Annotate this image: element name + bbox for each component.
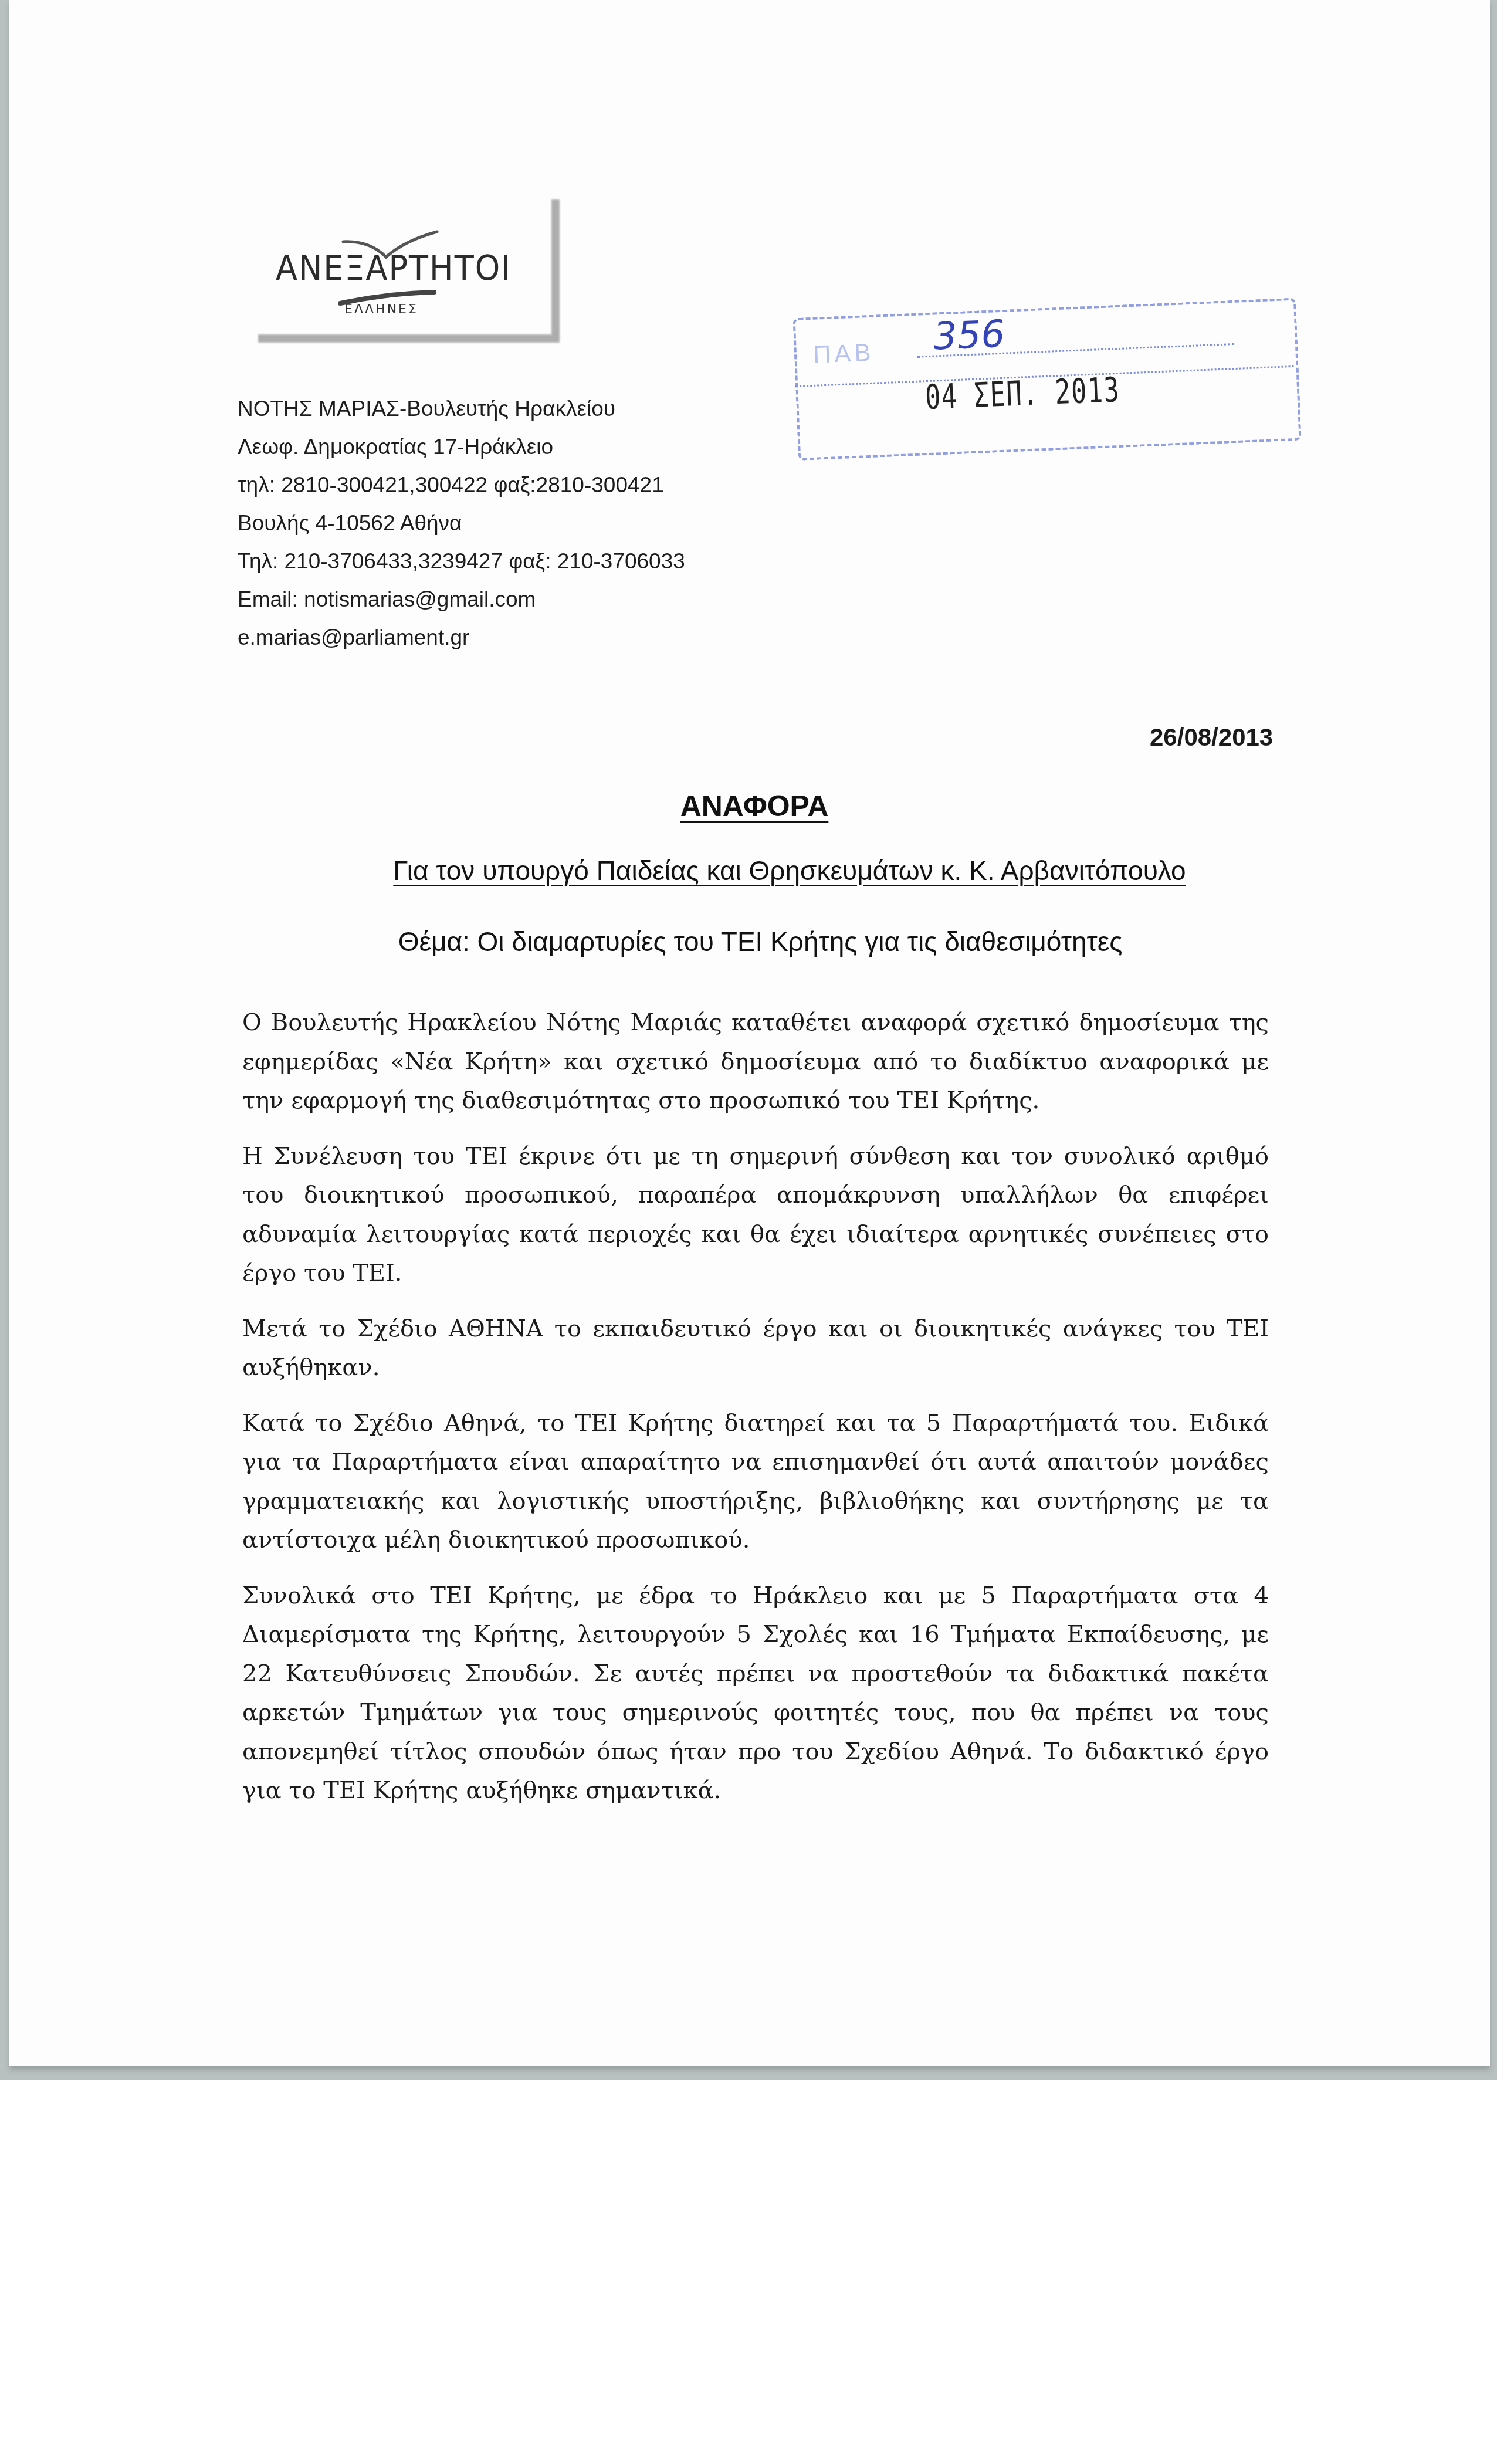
document-recipient-text: Για τον υπουργό Παιδείας και Θρησκευμάτω… <box>393 855 1186 886</box>
document-body: Ο Βουλευτής Ηρακλείου Νότης Μαριάς καταθ… <box>242 1003 1269 1827</box>
stamp-label: ΠΑΒ <box>812 339 875 369</box>
logo-subtitle: ΕΛΛΗΝΕΣ <box>276 302 487 317</box>
stamp-date: 04 ΣΕΠ. 2013 <box>924 370 1121 417</box>
body-paragraph: Ο Βουλευτής Ηρακλείου Νότης Μαριάς καταθ… <box>242 1003 1269 1121</box>
sender-phone-athens: Τηλ: 210-3706433,3239427 φαξ: 210-370603… <box>238 542 685 580</box>
document-title-text: ΑΝΑΦΟΡΑ <box>680 790 829 823</box>
sender-address-local: Λεωφ. Δημοκρατίας 17-Ηράκλειο <box>238 428 685 466</box>
sender-name: ΝΟΤΗΣ ΜΑΡΙΑΣ-Βουλευτής Ηρακλείου <box>238 390 685 428</box>
sender-address-athens: Βουλής 4-10562 Αθήνα <box>238 504 685 542</box>
sender-email-parliament[interactable]: e.marias@parliament.gr <box>238 618 685 656</box>
document-title: ΑΝΑΦΟΡΑ <box>0 789 1497 823</box>
stamp-protocol-number: 356 <box>933 313 1006 359</box>
body-paragraph: Η Συνέλευση του ΤΕΙ έκρινε ότι με τη σημ… <box>242 1137 1269 1293</box>
body-paragraph: Μετά το Σχέδιο ΑΘΗΝΑ το εκπαιδευτικό έργ… <box>242 1309 1269 1387</box>
sender-block: ΝΟΤΗΣ ΜΑΡΙΑΣ-Βουλευτής Ηρακλείου Λεωφ. Δ… <box>238 390 685 656</box>
logo-name: ΑΝΕΞΑΡΤΗΤΟΙ <box>276 248 487 288</box>
body-paragraph: Κατά το Σχέδιο Αθηνά, το ΤΕΙ Κρήτης διατ… <box>242 1404 1269 1560</box>
document-date: 26/08/2013 <box>1150 723 1273 752</box>
party-logo: ΑΝΕΞΑΡΤΗΤΟΙ ΕΛΛΗΝΕΣ <box>258 199 551 334</box>
registry-stamp: ΠΑΒ 356 04 ΣΕΠ. 2013 <box>785 266 1302 462</box>
sender-email[interactable]: Email: notismarias@gmail.com <box>238 580 685 618</box>
document-recipient: Για τον υπουργό Παιδείας και Θρησκευμάτω… <box>0 855 1497 886</box>
sender-phone-local: τηλ: 2810-300421,300422 φαξ:2810-300421 <box>238 466 685 504</box>
document-subject: Θέμα: Οι διαμαρτυρίες του ΤΕΙ Κρήτης για… <box>0 926 1497 957</box>
body-paragraph: Συνολικά στο ΤΕΙ Κρήτης, με έδρα το Ηράκ… <box>242 1576 1269 1810</box>
